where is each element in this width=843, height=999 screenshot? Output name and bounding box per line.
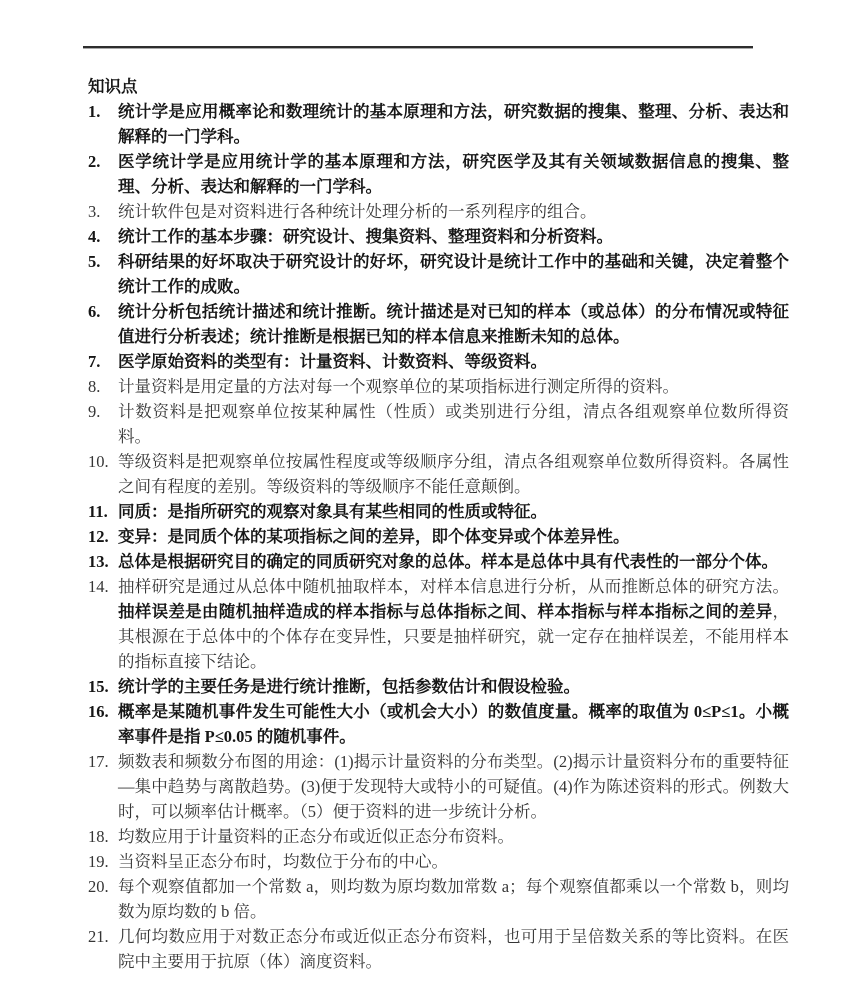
text-segment: 医学原始资料的类型有：计量资料、计数资料、等级资料。 xyxy=(118,352,547,371)
item-number: 17. xyxy=(88,749,109,774)
item-number: 14. xyxy=(88,574,109,599)
list-item: 10.等级资料是把观察单位按属性程度或等级顺序分组，清点各组观察单位数所得资料。… xyxy=(88,449,789,499)
text-segment: 抽样研究是通过从总体中随机抽取样本，对样本信息进行分析，从而推断总体的研究方法。 xyxy=(118,577,789,596)
item-number: 15. xyxy=(88,674,109,699)
item-text: 变异：是同质个体的某项指标之间的差异，即个体变异或个体差异性。 xyxy=(118,527,630,546)
text-segment: 几何均数应用于对数正态分布或近似正态分布资料，也可用于呈倍数关系的等比资料。在医… xyxy=(118,927,789,971)
text-segment: 同质：是指所研究的观察对象具有某些相同的性质或特征。 xyxy=(118,502,547,521)
list-item: 2.医学统计学是应用统计学的基本原理和方法，研究医学及其有关领域数据信息的搜集、… xyxy=(88,149,789,199)
item-text: 统计软件包是对资料进行各种统计处理分析的一系列程序的组合。 xyxy=(118,202,597,221)
list-item: 15.统计学的主要任务是进行统计推断，包括参数估计和假设检验。 xyxy=(88,674,789,699)
text-segment: 变异：是同质个体的某项指标之间的差异，即个体变异或个体差异性。 xyxy=(118,527,630,546)
item-number: 9. xyxy=(88,399,100,424)
item-number: 5. xyxy=(88,249,100,274)
text-segment: 抽样误差是由随机抽样造成的样本指标与总体指标之间、样本指标与样本指标之间的差异 xyxy=(118,602,773,621)
list-item: 7.医学原始资料的类型有：计量资料、计数资料、等级资料。 xyxy=(88,349,789,374)
text-segment: 当资料呈正态分布时，均数位于分布的中心。 xyxy=(118,852,448,871)
text-segment: 统计分析包括统计描述和统计推断。统计描述是对已知的样本（或总体）的分布情况或特征… xyxy=(118,302,789,346)
list-item: 3.统计软件包是对资料进行各种统计处理分析的一系列程序的组合。 xyxy=(88,199,789,224)
list-item: 20.每个观察值都加一个常数 a，则均数为原均数加常数 a；每个观察值都乘以一个… xyxy=(88,874,789,924)
text-segment: 每个观察值都加一个常数 a，则均数为原均数加常数 a；每个观察值都乘以一个常数 … xyxy=(118,877,789,921)
text-segment: 统计学是应用概率论和数理统计的基本原理和方法，研究数据的搜集、整理、分析、表达和… xyxy=(118,102,789,146)
list-item: 9.计数资料是把观察单位按某种属性（性质）或类别进行分组，清点各组观察单位数所得… xyxy=(88,399,789,449)
item-text: 统计学是应用概率论和数理统计的基本原理和方法，研究数据的搜集、整理、分析、表达和… xyxy=(118,102,789,146)
item-number: 4. xyxy=(88,224,100,249)
item-text: 几何均数应用于对数正态分布或近似正态分布资料，也可用于呈倍数关系的等比资料。在医… xyxy=(118,927,789,971)
item-number: 16. xyxy=(88,699,109,724)
item-text: 统计分析包括统计描述和统计推断。统计描述是对已知的样本（或总体）的分布情况或特征… xyxy=(118,302,789,346)
item-number: 18. xyxy=(88,824,109,849)
item-number: 6. xyxy=(88,299,100,324)
list-item: 19.当资料呈正态分布时，均数位于分布的中心。 xyxy=(88,849,789,874)
page-title: 知识点 xyxy=(88,74,789,99)
text-segment: 统计软件包是对资料进行各种统计处理分析的一系列程序的组合。 xyxy=(118,202,597,221)
item-number: 21. xyxy=(88,924,109,949)
list-item: 21.几何均数应用于对数正态分布或近似正态分布资料，也可用于呈倍数关系的等比资料… xyxy=(88,924,789,974)
item-number: 3. xyxy=(88,199,100,224)
item-text: 抽样研究是通过从总体中随机抽取样本，对样本信息进行分析，从而推断总体的研究方法。… xyxy=(118,577,789,671)
item-number: 10. xyxy=(88,449,109,474)
text-segment: 计量资料是用定量的方法对每一个观察单位的某项指标进行测定所得的资料。 xyxy=(118,377,679,396)
list-item: 8.计量资料是用定量的方法对每一个观察单位的某项指标进行测定所得的资料。 xyxy=(88,374,789,399)
item-text: 均数应用于计量资料的正态分布或近似正态分布资料。 xyxy=(118,827,514,846)
item-text: 医学原始资料的类型有：计量资料、计数资料、等级资料。 xyxy=(118,352,547,371)
item-text: 当资料呈正态分布时，均数位于分布的中心。 xyxy=(118,852,448,871)
item-number: 1. xyxy=(88,99,100,124)
list-item: 18.均数应用于计量资料的正态分布或近似正态分布资料。 xyxy=(88,824,789,849)
text-segment: 总体是根据研究目的确定的同质研究对象的总体。样本是总体中具有代表性的一部分个体。 xyxy=(118,552,778,571)
item-text: 每个观察值都加一个常数 a，则均数为原均数加常数 a；每个观察值都乘以一个常数 … xyxy=(118,877,789,921)
item-text: 计数资料是把观察单位按某种属性（性质）或类别进行分组，清点各组观察单位数所得资料… xyxy=(118,402,789,446)
list-item: 16.概率是某随机事件发生可能性大小（或机会大小）的数值度量。概率的取值为 0≤… xyxy=(88,699,789,749)
knowledge-list: 1.统计学是应用概率论和数理统计的基本原理和方法，研究数据的搜集、整理、分析、表… xyxy=(88,99,789,974)
document-body: 知识点 1.统计学是应用概率论和数理统计的基本原理和方法，研究数据的搜集、整理、… xyxy=(88,74,789,974)
item-text: 医学统计学是应用统计学的基本原理和方法，研究医学及其有关领域数据信息的搜集、整理… xyxy=(118,152,789,196)
list-item: 6.统计分析包括统计描述和统计推断。统计描述是对已知的样本（或总体）的分布情况或… xyxy=(88,299,789,349)
text-segment: 等级资料是把观察单位按属性程度或等级顺序分组，清点各组观察单位数所得资料。各属性… xyxy=(118,452,789,496)
item-text: 科研结果的好坏取决于研究设计的好坏，研究设计是统计工作中的基础和关键，决定着整个… xyxy=(118,252,789,296)
text-segment: 频数表和频数分布图的用途：(1)揭示计量资料的分布类型。(2)揭示计量资料分布的… xyxy=(118,752,789,821)
document-page: 知识点 1.统计学是应用概率论和数理统计的基本原理和方法，研究数据的搜集、整理、… xyxy=(0,0,843,999)
item-text: 等级资料是把观察单位按属性程度或等级顺序分组，清点各组观察单位数所得资料。各属性… xyxy=(118,452,789,496)
text-segment: 统计学的主要任务是进行统计推断，包括参数估计和假设检验。 xyxy=(118,677,580,696)
header-separator-line xyxy=(83,46,753,49)
text-segment: 计数资料是把观察单位按某种属性（性质）或类别进行分组，清点各组观察单位数所得资料… xyxy=(118,402,789,446)
item-number: 7. xyxy=(88,349,100,374)
item-number: 12. xyxy=(88,524,109,549)
item-text: 统计工作的基本步骤：研究设计、搜集资料、整理资料和分析资料。 xyxy=(118,227,613,246)
list-item: 4.统计工作的基本步骤：研究设计、搜集资料、整理资料和分析资料。 xyxy=(88,224,789,249)
text-segment: 医学统计学是应用统计学的基本原理和方法，研究医学及其有关领域数据信息的搜集、整理… xyxy=(118,152,789,196)
item-text: 统计学的主要任务是进行统计推断，包括参数估计和假设检验。 xyxy=(118,677,580,696)
text-segment: 科研结果的好坏取决于研究设计的好坏，研究设计是统计工作中的基础和关键，决定着整个… xyxy=(118,252,789,296)
item-number: 8. xyxy=(88,374,100,399)
text-segment: 均数应用于计量资料的正态分布或近似正态分布资料。 xyxy=(118,827,514,846)
item-number: 13. xyxy=(88,549,109,574)
item-number: 2. xyxy=(88,149,100,174)
item-number: 11. xyxy=(88,499,108,524)
text-segment: 概率是某随机事件发生可能性大小（或机会大小）的数值度量。概率的取值为 0≤P≤1… xyxy=(118,702,789,746)
item-text: 同质：是指所研究的观察对象具有某些相同的性质或特征。 xyxy=(118,502,547,521)
item-text: 计量资料是用定量的方法对每一个观察单位的某项指标进行测定所得的资料。 xyxy=(118,377,679,396)
item-text: 频数表和频数分布图的用途：(1)揭示计量资料的分布类型。(2)揭示计量资料分布的… xyxy=(118,752,789,821)
list-item: 5.科研结果的好坏取决于研究设计的好坏，研究设计是统计工作中的基础和关键，决定着… xyxy=(88,249,789,299)
item-number: 20. xyxy=(88,874,109,899)
list-item: 13.总体是根据研究目的确定的同质研究对象的总体。样本是总体中具有代表性的一部分… xyxy=(88,549,789,574)
item-text: 概率是某随机事件发生可能性大小（或机会大小）的数值度量。概率的取值为 0≤P≤1… xyxy=(118,702,789,746)
item-number: 19. xyxy=(88,849,109,874)
list-item: 14.抽样研究是通过从总体中随机抽取样本，对样本信息进行分析，从而推断总体的研究… xyxy=(88,574,789,674)
list-item: 17.频数表和频数分布图的用途：(1)揭示计量资料的分布类型。(2)揭示计量资料… xyxy=(88,749,789,824)
list-item: 1.统计学是应用概率论和数理统计的基本原理和方法，研究数据的搜集、整理、分析、表… xyxy=(88,99,789,149)
list-item: 11.同质：是指所研究的观察对象具有某些相同的性质或特征。 xyxy=(88,499,789,524)
list-item: 12.变异：是同质个体的某项指标之间的差异，即个体变异或个体差异性。 xyxy=(88,524,789,549)
text-segment: 统计工作的基本步骤：研究设计、搜集资料、整理资料和分析资料。 xyxy=(118,227,613,246)
item-text: 总体是根据研究目的确定的同质研究对象的总体。样本是总体中具有代表性的一部分个体。 xyxy=(118,552,778,571)
